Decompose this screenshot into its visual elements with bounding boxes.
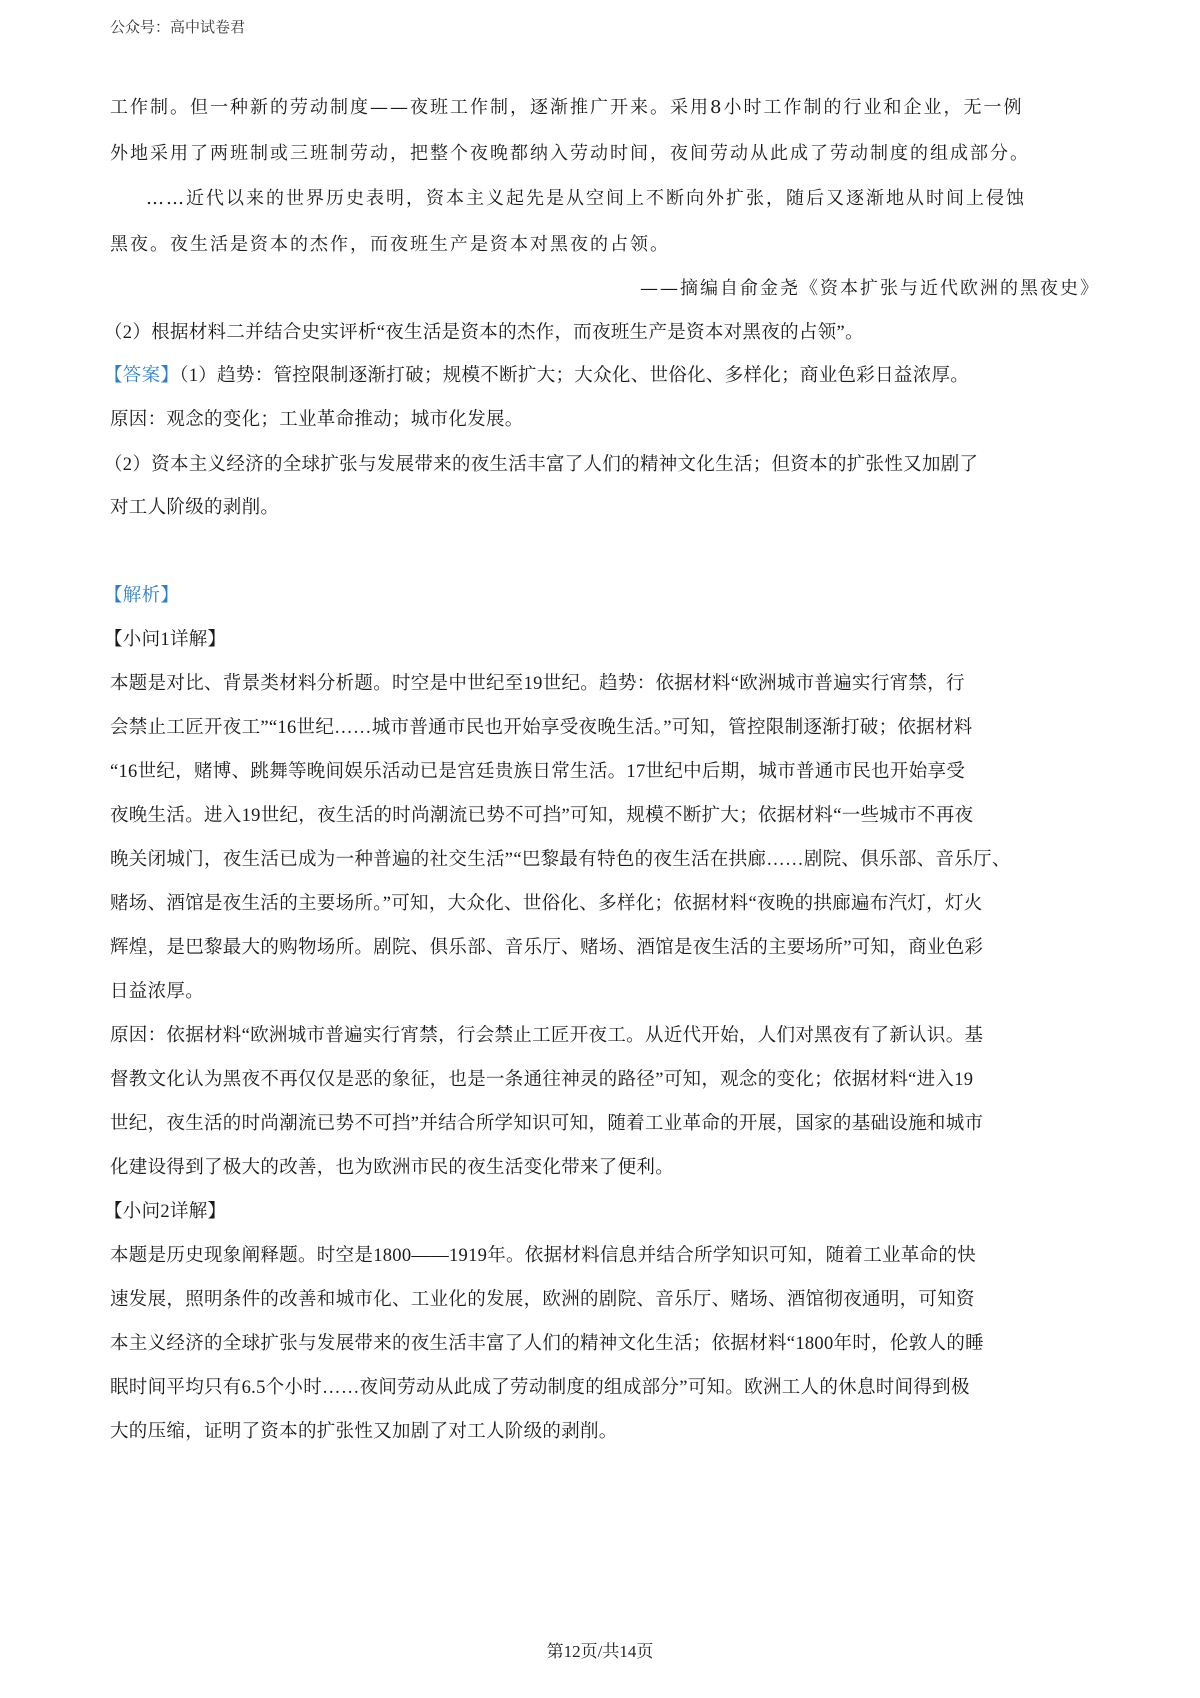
analysis-line: 速发展，照明条件的改善和城市化、工业化的发展，欧洲的剧院、音乐厅、赌场、酒馆彻夜…	[110, 1288, 975, 1312]
analysis-line: “16世纪，赌博、跳舞等晚间娱乐活动已是宫廷贵族日常生活。17世纪中后期，城市普…	[110, 760, 965, 784]
analysis-label: 【解析】	[104, 584, 179, 608]
analysis-line: 晚关闭城门，夜生活已成为一种普遍的社交生活”“巴黎最有特色的夜生活在拱廊……剧院…	[110, 848, 1011, 872]
material-line: 外地采用了两班制或三班制劳动，把整个夜晚都纳入劳动时间，夜间劳动从此成了劳动制度…	[110, 142, 1030, 166]
answer-line: （2）资本主义经济的全球扩张与发展带来的夜生活丰富了人们的精神文化生活；但资本的…	[104, 453, 978, 477]
analysis-line: 化建设得到了极大的改善，也为欧洲市民的夜生活变化带来了便利。	[110, 1156, 674, 1180]
analysis-line: 本主义经济的全球扩张与发展带来的夜生活丰富了人们的精神文化生活；依据材料“180…	[110, 1332, 984, 1356]
analysis-line: 赌场、酒馆是夜生活的主要场所。”可知，大众化、世俗化、多样化；依据材料“夜晚的拱…	[110, 892, 983, 916]
answer-line: 对工人阶级的剥削。	[110, 496, 279, 520]
sub-question-2-title: 【小问2详解】	[104, 1200, 226, 1224]
sub-question-1-title: 【小问1详解】	[104, 628, 226, 652]
answer-text: （1）趋势：管控限制逐渐打破；规模不断扩大；大众化、世俗化、多样化；商业色彩日益…	[179, 366, 969, 386]
analysis-line: 原因：依据材料“欧洲城市普遍实行宵禁，行会禁止工匠开夜工。从近代开始，人们对黑夜…	[110, 1024, 983, 1048]
analysis-line: 夜晚生活。进入19世纪，夜生活的时尚潮流已势不可挡”可知，规模不断扩大；依据材料…	[110, 804, 973, 828]
analysis-line: 日益浓厚。	[110, 980, 204, 1004]
material-line: 工作制。但一种新的劳动制度——夜班工作制，逐渐推广开来。采用8小时工作制的行业和…	[110, 96, 1023, 120]
material-citation: ——摘编自俞金尧《资本扩张与近代欧洲的黑夜史》	[640, 277, 1100, 301]
analysis-line: 辉煌，是巴黎最大的购物场所。剧院、俱乐部、音乐厅、赌场、酒馆是夜生活的主要场所”…	[110, 936, 983, 960]
analysis-line: 会禁止工匠开夜工”“16世纪……城市普通市民也开始享受夜晚生活。”可知，管控限制…	[110, 716, 973, 740]
analysis-line: 大的压缩，证明了资本的扩张性又加剧了对工人阶级的剥削。	[110, 1420, 618, 1444]
analysis-line: 督教文化认为黑夜不再仅仅是恶的象征，也是一条通往神灵的路径”可知，观念的变化；依…	[110, 1068, 973, 1092]
answer-line: 原因：观念的变化；工业革命推动；城市化发展。	[110, 408, 524, 432]
material-line: 黑夜。夜生活是资本的杰作，而夜班生产是资本对黑夜的占领。	[110, 233, 670, 257]
material-line: ……近代以来的世界历史表明，资本主义起先是从空间上不断向外扩张，随后又逐渐地从时…	[146, 187, 1026, 211]
answer-label: 【答案】	[104, 366, 179, 386]
header-source-note: 公众号：高中试卷君	[110, 16, 245, 37]
analysis-line: 世纪，夜生活的时尚潮流已势不可挡”并结合所学知识可知，随着工业革命的开展，国家的…	[110, 1112, 983, 1136]
analysis-line: 眠时间平均只有6.5个小时……夜间劳动从此成了劳动制度的组成部分”可知。欧洲工人…	[110, 1376, 970, 1400]
analysis-line: 本题是对比、背景类材料分析题。时空是中世纪至19世纪。趋势：依据材料“欧洲城市普…	[110, 672, 965, 696]
page-indicator: 第12页/共14页	[0, 1637, 1200, 1662]
answer-line: 【答案】（1）趋势：管控限制逐渐打破；规模不断扩大；大众化、世俗化、多样化；商业…	[104, 364, 969, 388]
question-2: （2）根据材料二并结合史实评析“夜生活是资本的杰作，而夜班生产是资本对黑夜的占领…	[104, 321, 864, 345]
analysis-line: 本题是历史现象阐释题。时空是1800——1919年。依据材料信息并结合所学知识可…	[110, 1244, 976, 1268]
